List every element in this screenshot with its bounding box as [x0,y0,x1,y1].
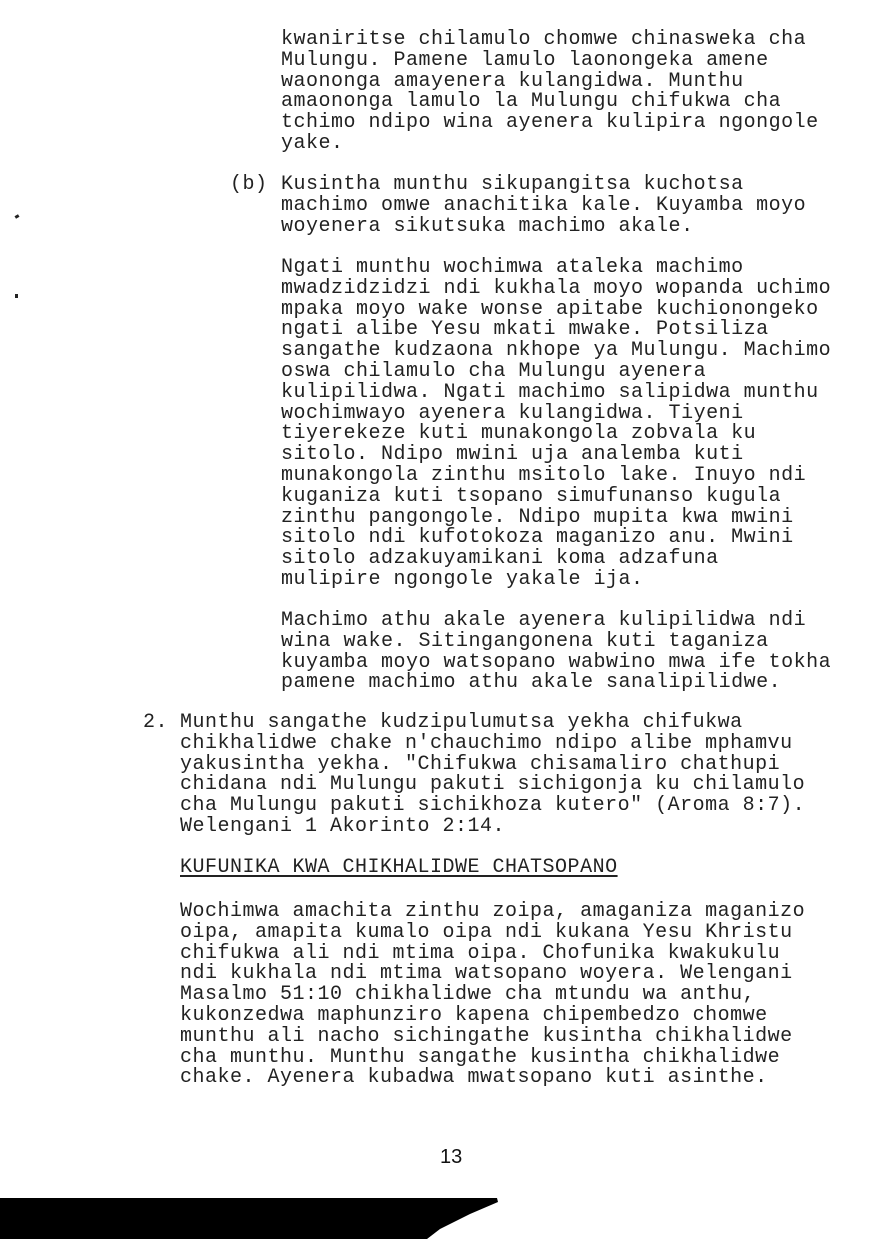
text-line: sitolo adzakuyamikani koma adzafuna [281,549,831,570]
text-line: Mulungu. Pamene lamulo laonongeka amene [281,51,819,72]
text-line: tiyerekeze kuti munakongola zobvala ku [281,424,831,445]
text-line: chifukwa ali ndi mtima oipa. Chofunika k… [180,944,805,965]
text-line: Kusintha munthu sikupangitsa kuchotsa [281,175,806,196]
text-line: pamene machimo athu akale sanalipilidwe. [281,673,831,694]
continuation-paragraph: kwaniritse chilamulo chomwe chinasweka c… [281,30,819,155]
text-line: sitolo ndi kufotokoza maganizo anu. Mwin… [281,528,831,549]
text-line: chake. Ayenera kubadwa mwatsopano kuti a… [180,1068,805,1089]
text-line: Ngati munthu wochimwa ataleka machimo [281,258,831,279]
text-line: Welengani 1 Akorinto 2:14. [180,817,805,838]
text-line: wina wake. Sitingangonena kuti taganiza [281,632,831,653]
text-line: cha Mulungu pakuti sichikhoza kutero" (A… [180,796,805,817]
text-line: machimo omwe anachitika kale. Kuyamba mo… [281,196,806,217]
text-line: ngati alibe Yesu mkati mwake. Potsiliza [281,320,831,341]
text-line: chikhalidwe chake n'chauchimo ndipo alib… [180,734,805,755]
text-line: tchimo ndipo wina ayenera kulipira ngong… [281,113,819,134]
item-b-paragraph: Kusintha munthu sikupangitsa kuchotsamac… [281,175,806,237]
scan-artifact-black-bar [0,1196,500,1239]
text-line: woyenera sikutsuka machimo akale. [281,217,806,238]
text-line: munthu ali nacho sichingathe kusintha ch… [180,1027,805,1048]
item-2-paragraph: Munthu sangathe kudzipulumutsa yekha chi… [180,713,805,838]
text-line: yake. [281,134,819,155]
paragraph-machimo: Machimo athu akale ayenera kulipilidwa n… [281,611,831,694]
text-line: ndi kukhala ndi mtima watsopano woyera. … [180,964,805,985]
paragraph-wochimwa: Wochimwa amachita zinthu zoipa, amaganiz… [180,902,805,1089]
text-line: kulipilidwa. Ngati machimo salipidwa mun… [281,383,831,404]
text-line: amaononga lamulo la Mulungu chifukwa cha [281,92,819,113]
text-line: cha munthu. Munthu sangathe kusintha chi… [180,1048,805,1069]
text-line: oipa, amapita kumalo oipa ndi kukana Yes… [180,923,805,944]
list-marker-b: (b) [230,175,268,196]
text-line: mulipire ngongole yakale ija. [281,570,831,591]
text-line: sangathe kudzaona nkhope ya Mulungu. Mac… [281,341,831,362]
text-line: mpaka moyo wake wonse apitabe kuchionong… [281,300,831,321]
text-line: kwaniritse chilamulo chomwe chinasweka c… [281,30,819,51]
text-line: kuganiza kuti tsopano simufunanso kugula [281,487,831,508]
text-line: Masalmo 51:10 chikhalidwe cha mtundu wa … [180,985,805,1006]
text-line: yakusintha yekha. "Chifukwa chisamaliro … [180,755,805,776]
text-line: zinthu pangongole. Ndipo mupita kwa mwin… [281,508,831,529]
page-number: 13 [440,1146,462,1169]
list-marker-2: 2. [143,713,168,734]
text-line: sitolo. Ndipo mwini uja analemba kuti [281,445,831,466]
scan-speck [15,214,20,219]
text-line: kukonzedwa maphunziro kapena chipembedzo… [180,1006,805,1027]
text-line: wochimwayo ayenera kulangidwa. Tiyeni [281,404,831,425]
text-line: oswa chilamulo cha Mulungu ayenera [281,362,831,383]
text-line: waononga amayenera kulangidwa. Munthu [281,72,819,93]
text-line: munakongola zinthu msitolo lake. Inuyo n… [281,466,831,487]
text-line: Machimo athu akale ayenera kulipilidwa n… [281,611,831,632]
text-line: mwadzidzidzi ndi kukhala moyo wopanda uc… [281,279,831,300]
text-line: kuyamba moyo watsopano wabwino mwa ife t… [281,653,831,674]
text-line: chidana ndi Mulungu pakuti sichigonja ku… [180,775,805,796]
scan-speck [15,294,18,298]
paragraph-ngati: Ngati munthu wochimwa ataleka machimomwa… [281,258,831,591]
section-heading: KUFUNIKA KWA CHIKHALIDWE CHATSOPANO [180,858,618,879]
text-line: Munthu sangathe kudzipulumutsa yekha chi… [180,713,805,734]
text-line: Wochimwa amachita zinthu zoipa, amaganiz… [180,902,805,923]
